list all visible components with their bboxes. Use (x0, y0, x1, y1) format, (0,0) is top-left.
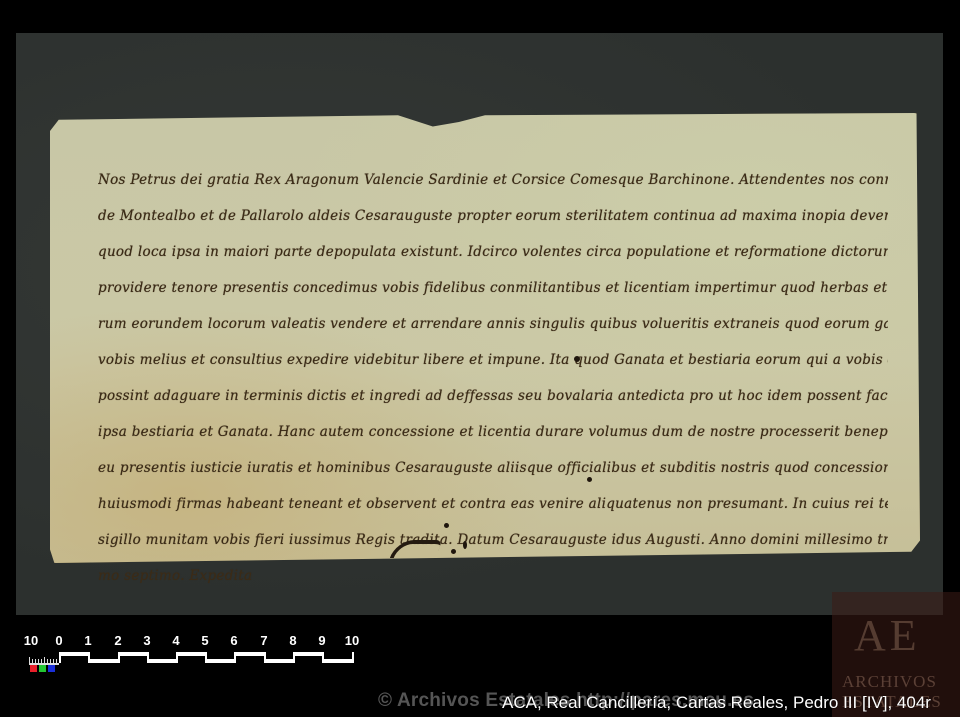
manuscript-line: ipsa bestiaria et Ganata. Hanc autem con… (98, 414, 888, 450)
scale-label: 8 (289, 633, 296, 648)
manuscript-line: Nos Petrus dei gratia Rex Aragonum Valen… (98, 162, 888, 198)
manuscript-line: eu presentis iusticie iuratis et hominib… (98, 450, 888, 486)
ink-blot (444, 523, 449, 528)
color-calibration-swatches (30, 665, 55, 672)
ink-blot (463, 541, 467, 549)
scale-bar: 10 0 1 2 3 4 5 6 7 8 9 10 (22, 633, 362, 673)
scale-label: 1 (84, 633, 91, 648)
red-swatch (30, 665, 37, 672)
blue-swatch (48, 665, 55, 672)
archive-caption: ACA, Real Cancillería, Cartas Reales, Pe… (502, 693, 931, 713)
ink-blot (451, 549, 456, 554)
manuscript-line: mo septimo. Expedita (98, 558, 888, 594)
green-swatch (39, 665, 46, 672)
ink-blot (574, 356, 580, 362)
scale-label: 10 (24, 633, 38, 648)
scale-label: 4 (172, 633, 179, 648)
manuscript-line: quod loca ipsa in maiori parte depopulat… (98, 234, 888, 270)
manuscript-line: providere tenore presentis concedimus vo… (98, 270, 888, 306)
scale-label: 5 (201, 633, 208, 648)
logo-initials: AE (854, 610, 921, 661)
manuscript-line: huiusmodi firmas habeant teneant et obse… (98, 486, 888, 522)
centimeter-bar (59, 652, 352, 662)
manuscript-line: de Montealbo et de Pallarolo aldeis Cesa… (98, 198, 888, 234)
manuscript-line: rum eorundem locorum valeatis vendere et… (98, 306, 888, 342)
manuscript-line: possint adaguare in terminis dictis et i… (98, 378, 888, 414)
manuscript-text: Nos Petrus dei gratia Rex Aragonum Valen… (98, 162, 888, 594)
scale-label: 7 (260, 633, 267, 648)
ink-blot (587, 477, 592, 482)
scale-label: 2 (114, 633, 121, 648)
manuscript-line: sigillo munitam vobis fieri iussimus Reg… (98, 522, 888, 558)
scale-label: 6 (230, 633, 237, 648)
manuscript-line: vobis melius et consultius expedire vide… (98, 342, 888, 378)
scale-label: 3 (143, 633, 150, 648)
scale-label: 10 (345, 633, 359, 648)
scale-label: 9 (318, 633, 325, 648)
millimeter-ruler (29, 652, 59, 665)
scale-label: 0 (55, 633, 62, 648)
